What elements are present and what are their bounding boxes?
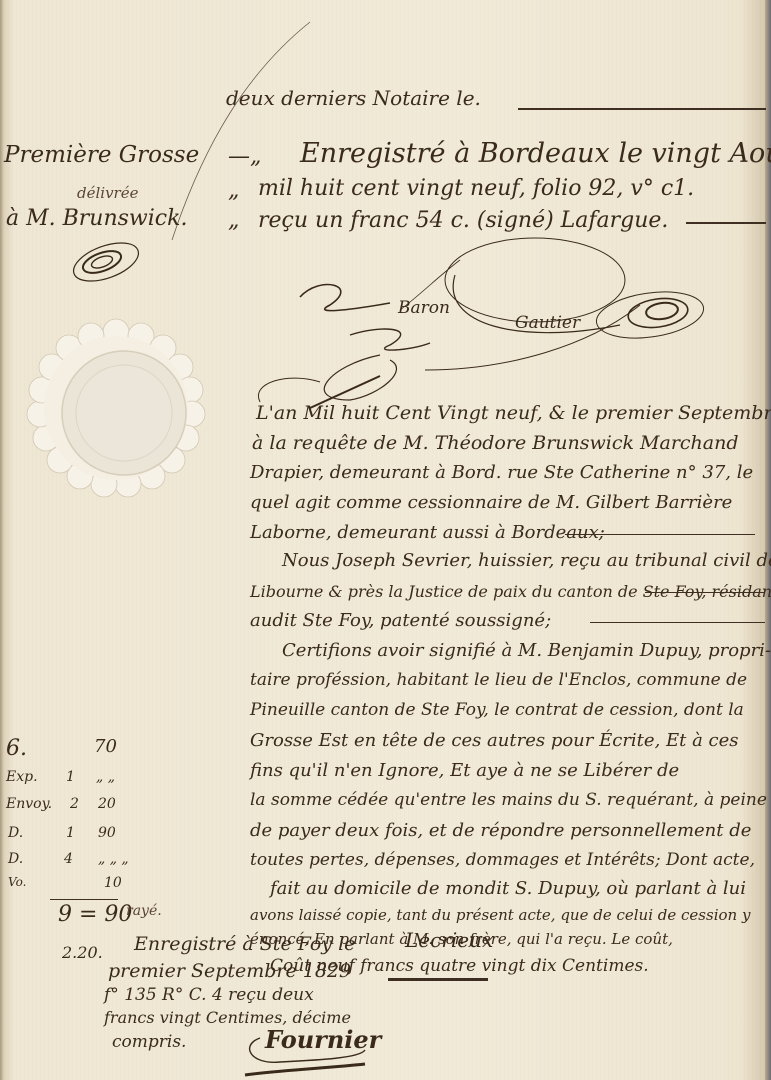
header-line-2: mil huit cent vingt neuf, folio 92, v° c…: [258, 178, 694, 200]
ledger-cents: 70: [94, 738, 117, 756]
ledger-label: D.: [8, 852, 23, 866]
ledger-total-rule: [50, 899, 118, 900]
ledger-cents: 10: [104, 876, 122, 890]
ledger-label: Exp.: [6, 770, 38, 784]
body-line-15: de payer deux fois, et de répondre perso…: [250, 822, 751, 840]
ditto-mark-2: „: [228, 180, 239, 202]
registration-receiver-signature: Lecrieux: [405, 930, 493, 950]
margin-note-line-1: Première Grosse: [4, 144, 199, 167]
margin-note-line-3: à M. Brunswick.: [6, 208, 187, 230]
margin-note-line-2: délivrée: [77, 186, 138, 201]
body-line-2: à la requête de M. Théodore Brunswick Ma…: [252, 434, 739, 453]
body-line-5: Laborne, demeurant aussi à Bordeaux;: [250, 524, 605, 542]
registration-line-5: compris.: [112, 1034, 186, 1051]
body-rule-7: [645, 592, 765, 593]
body-line-12: Grosse Est en tête de ces autres pour Éc…: [250, 732, 739, 750]
ledger-label: Vo.: [8, 876, 26, 888]
header-rule-3: [686, 222, 766, 224]
body-rule-8: [590, 622, 765, 623]
body-line-14: la somme cédée qu'entre les mains du S. …: [250, 792, 767, 809]
body-line-11: Pineuille canton de Ste Foy, le contrat …: [250, 702, 744, 719]
body-line-6: Nous Joseph Sevrier, huissier, reçu au t…: [282, 552, 771, 570]
margin-paraph-flourish: [66, 232, 146, 292]
ledger-label: D.: [8, 826, 23, 840]
ditto-mark-1: —„: [228, 146, 261, 168]
signature-gautier: Gautier: [515, 315, 580, 332]
ledger-extra: 2.20.: [62, 945, 103, 961]
ledger-cents: 90: [98, 826, 116, 840]
body-line-1: L'an Mil huit Cent Vingt neuf, & le prem…: [256, 404, 771, 423]
body-line-13: fins qu'il n'en Ignore, Et aye à ne se L…: [250, 762, 679, 780]
registration-line-2: premier Septembre 1829: [108, 962, 351, 981]
header-rule-0: [518, 108, 766, 110]
ledger-total-note: rayé.: [126, 904, 162, 918]
embossed-seal: [26, 318, 206, 498]
ledger-cents: „ „: [96, 770, 115, 784]
document-page: deux derniers Notaire le. Première Gross…: [0, 0, 771, 1080]
ledger-units: 1: [66, 770, 75, 784]
signature-baron: Baron: [398, 300, 450, 317]
body-line-3: Drapier, demeurant à Bord. rue Ste Cathe…: [250, 464, 753, 482]
body-line-4: quel agit comme cessionnaire de M. Gilbe…: [250, 494, 732, 512]
receiver-signature-underline: [388, 978, 488, 981]
header-line-0: deux derniers Notaire le.: [226, 88, 481, 108]
ledger-cents: „ „ „: [98, 852, 129, 866]
body-line-8: audit Ste Foy, patenté soussigné;: [250, 612, 551, 630]
header-line-3: reçu un franc 54 c. (signé) Lafargue.: [258, 210, 668, 232]
body-line-18: avons laissé copie, tant du présent acte…: [250, 908, 750, 923]
registration-line-3: f° 135 R° C. 4 reçu deux: [104, 987, 314, 1004]
ditto-mark-3: „: [228, 210, 239, 232]
ledger-units: 1: [66, 826, 75, 840]
body-line-9: Certifions avoir signifié à M. Benjamin …: [282, 642, 771, 660]
ledger-label: Envoy.: [6, 797, 52, 811]
body-line-16: toutes pertes, dépenses, dommages et Int…: [250, 852, 755, 869]
header-line-1: Enregistré à Bordeaux le vingt Août: [300, 140, 771, 167]
ledger-units: 2: [70, 797, 79, 811]
body-line-17: fait au domicile de mondit S. Dupuy, où …: [270, 880, 746, 898]
body-rule-5: [565, 534, 755, 535]
registration-line-1: Enregistré à Ste Foy le: [134, 935, 355, 954]
officer-signature-flourish: [240, 1020, 380, 1080]
ledger-units: 4: [64, 852, 73, 866]
ledger-total: 9 = 90: [58, 904, 132, 926]
body-line-10: taire proféssion, habitant le lieu de l'…: [250, 672, 747, 689]
ledger-cents: 20: [98, 797, 116, 811]
ledger-label: 6.: [6, 738, 27, 760]
